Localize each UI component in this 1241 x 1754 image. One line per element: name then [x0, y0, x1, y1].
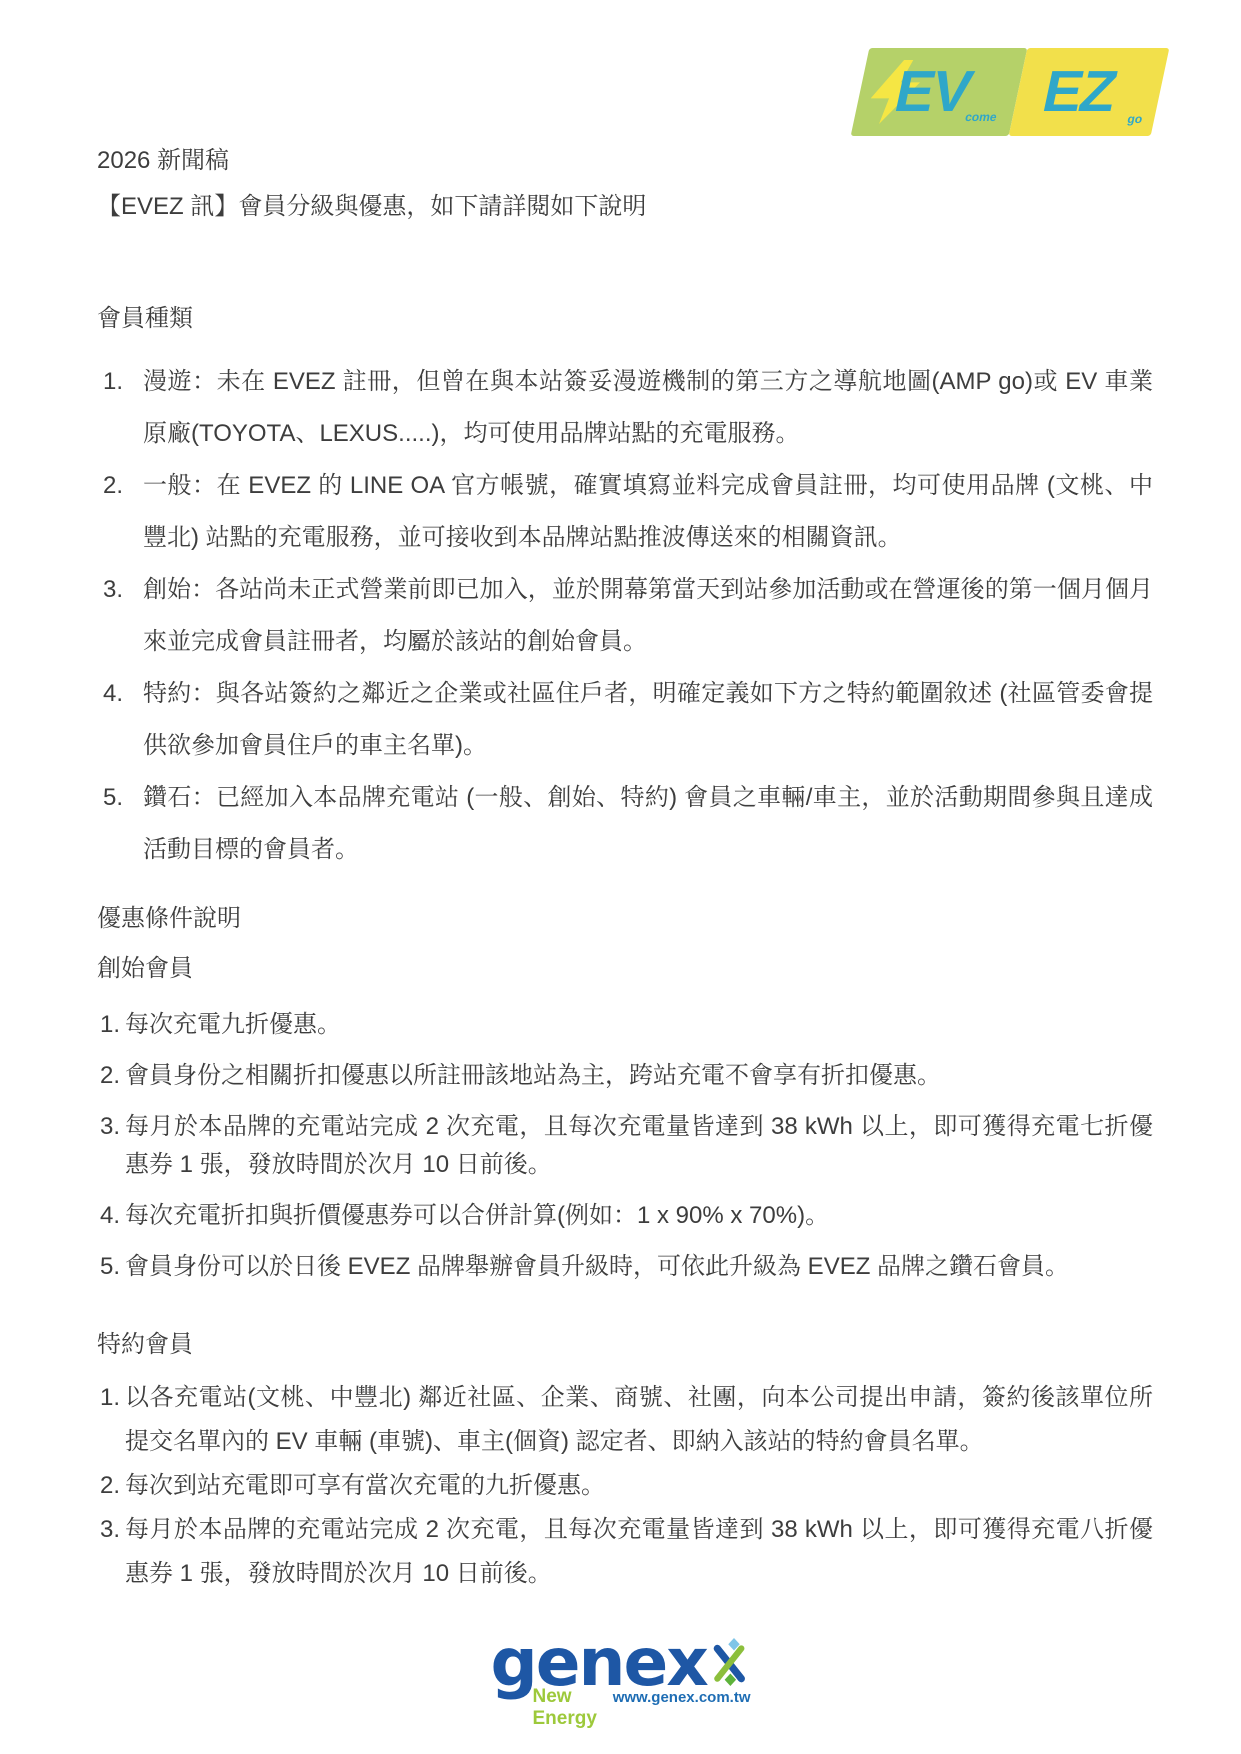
- item-number: 1.: [97, 1006, 125, 1044]
- list-item: 4. 特約：與各站簽約之鄰近之企業或社區住戶者，明確定義如下方之特約範圍敘述 (…: [97, 668, 1153, 772]
- subsection-heading-founder: 創始會員: [97, 954, 1153, 984]
- genex-logo: genex New Energy www.genex.com.tw: [491, 1632, 751, 1730]
- list-item: 1. 漫遊：未在 EVEZ 註冊，但曾在與本站簽妥漫遊機制的第三方之導航地圖(A…: [97, 356, 1153, 460]
- item-number: 3.: [97, 1108, 125, 1146]
- item-number: 4.: [97, 668, 143, 720]
- list-item: 4. 每次充電折扣與折價優惠券可以合併計算(例如：1 x 90% x 70%)。: [97, 1197, 1153, 1235]
- item-text: 每月於本品牌的充電站完成 2 次充電，且每次充電量皆達到 38 kWh 以上，即…: [125, 1508, 1153, 1596]
- item-text: 會員身份之相關折扣優惠以所註冊該地站為主，跨站充電不會享有折扣優惠。: [125, 1057, 1153, 1095]
- item-text: 每次充電折扣與折價優惠券可以合併計算(例如：1 x 90% x 70%)。: [125, 1197, 1153, 1235]
- item-number: 3.: [97, 564, 143, 616]
- list-item: 5. 會員身份可以於日後 EVEZ 品牌舉辦會員升級時，可依此升級為 EVEZ …: [97, 1248, 1153, 1286]
- list-item: 1. 每次充電九折優惠。: [97, 1006, 1153, 1044]
- list-item: 3. 每月於本品牌的充電站完成 2 次充電，且每次充電量皆達到 38 kWh 以…: [97, 1508, 1153, 1596]
- list-item: 2. 一般：在 EVEZ 的 LINE OA 官方帳號，確實填寫並料完成會員註冊…: [97, 460, 1153, 564]
- item-number: 1.: [97, 1376, 125, 1420]
- item-number: 2.: [97, 460, 143, 512]
- item-text: 會員身份可以於日後 EVEZ 品牌舉辦會員升級時，可依此升級為 EVEZ 品牌之…: [125, 1248, 1153, 1286]
- item-text: 一般：在 EVEZ 的 LINE OA 官方帳號，確實填寫並料完成會員註冊，均可…: [143, 460, 1153, 564]
- item-text: 每次充電九折優惠。: [125, 1006, 1153, 1044]
- section-heading-member-types: 會員種類: [97, 304, 1153, 334]
- item-text: 每月於本品牌的充電站完成 2 次充電，且每次充電量皆達到 38 kWh 以上，即…: [125, 1108, 1153, 1184]
- item-text: 漫遊：未在 EVEZ 註冊，但曾在與本站簽妥漫遊機制的第三方之導航地圖(AMP …: [143, 356, 1153, 460]
- item-number: 2.: [97, 1057, 125, 1095]
- list-item: 5. 鑽石：已經加入本品牌充電站 (一般、創始、特約) 會員之車輛/車主，並於活…: [97, 772, 1153, 876]
- item-text: 鑽石：已經加入本品牌充電站 (一般、創始、特約) 會員之車輛/車主，並於活動期間…: [143, 772, 1153, 876]
- item-number: 5.: [97, 1248, 125, 1286]
- member-types-list: 1. 漫遊：未在 EVEZ 註冊，但曾在與本站簽妥漫遊機制的第三方之導航地圖(A…: [97, 356, 1153, 876]
- genex-x-icon: [709, 1626, 751, 1698]
- document-content: 2026 新聞稿 【EVEZ 訊】會員分級與優惠，如下請詳閱如下說明 會員種類 …: [0, 0, 1241, 1596]
- list-item: 2. 會員身份之相關折扣優惠以所註冊該地站為主，跨站充電不會享有折扣優惠。: [97, 1057, 1153, 1095]
- section-heading-benefits: 優惠條件說明: [97, 904, 1153, 934]
- item-number: 3.: [97, 1508, 125, 1552]
- list-item: 3. 每月於本品牌的充電站完成 2 次充電，且每次充電量皆達到 38 kWh 以…: [97, 1108, 1153, 1184]
- item-number: 4.: [97, 1197, 125, 1235]
- founder-benefits-list: 1. 每次充電九折優惠。 2. 會員身份之相關折扣優惠以所註冊該地站為主，跨站充…: [97, 1006, 1153, 1286]
- year-line: 2026 新聞稿: [97, 146, 1153, 176]
- genex-url: www.genex.com.tw: [613, 1689, 751, 1706]
- subsection-heading-contract: 特約會員: [97, 1330, 1153, 1360]
- list-item: 1. 以各充電站(文桃、中豐北) 鄰近社區、企業、商號、社團，向本公司提出申請，…: [97, 1376, 1153, 1464]
- item-text: 創始：各站尚未正式營業前即已加入，並於開幕第當天到站參加活動或在營運後的第一個月…: [143, 564, 1153, 668]
- genex-wordmark: genex: [491, 1632, 707, 1694]
- genex-tagline: New Energy: [533, 1686, 603, 1730]
- item-text: 以各充電站(文桃、中豐北) 鄰近社區、企業、商號、社團，向本公司提出申請，簽約後…: [125, 1376, 1153, 1464]
- contract-benefits-list: 1. 以各充電站(文桃、中豐北) 鄰近社區、企業、商號、社團，向本公司提出申請，…: [97, 1376, 1153, 1596]
- item-number: 2.: [97, 1464, 125, 1508]
- press-release-page: EV come EZ go 2026 新聞稿 【EVEZ 訊】會員分級與優惠，如…: [0, 0, 1241, 1754]
- item-number: 1.: [97, 356, 143, 408]
- list-item: 3. 創始：各站尚未正式營業前即已加入，並於開幕第當天到站參加活動或在營運後的第…: [97, 564, 1153, 668]
- item-number: 5.: [97, 772, 143, 824]
- list-item: 2. 每次到站充電即可享有當次充電的九折優惠。: [97, 1464, 1153, 1508]
- item-text: 特約：與各站簽約之鄰近之企業或社區住戶者，明確定義如下方之特約範圍敘述 (社區管…: [143, 668, 1153, 772]
- headline: 【EVEZ 訊】會員分級與優惠，如下請詳閱如下說明: [97, 192, 1153, 222]
- item-text: 每次到站充電即可享有當次充電的九折優惠。: [125, 1464, 1153, 1508]
